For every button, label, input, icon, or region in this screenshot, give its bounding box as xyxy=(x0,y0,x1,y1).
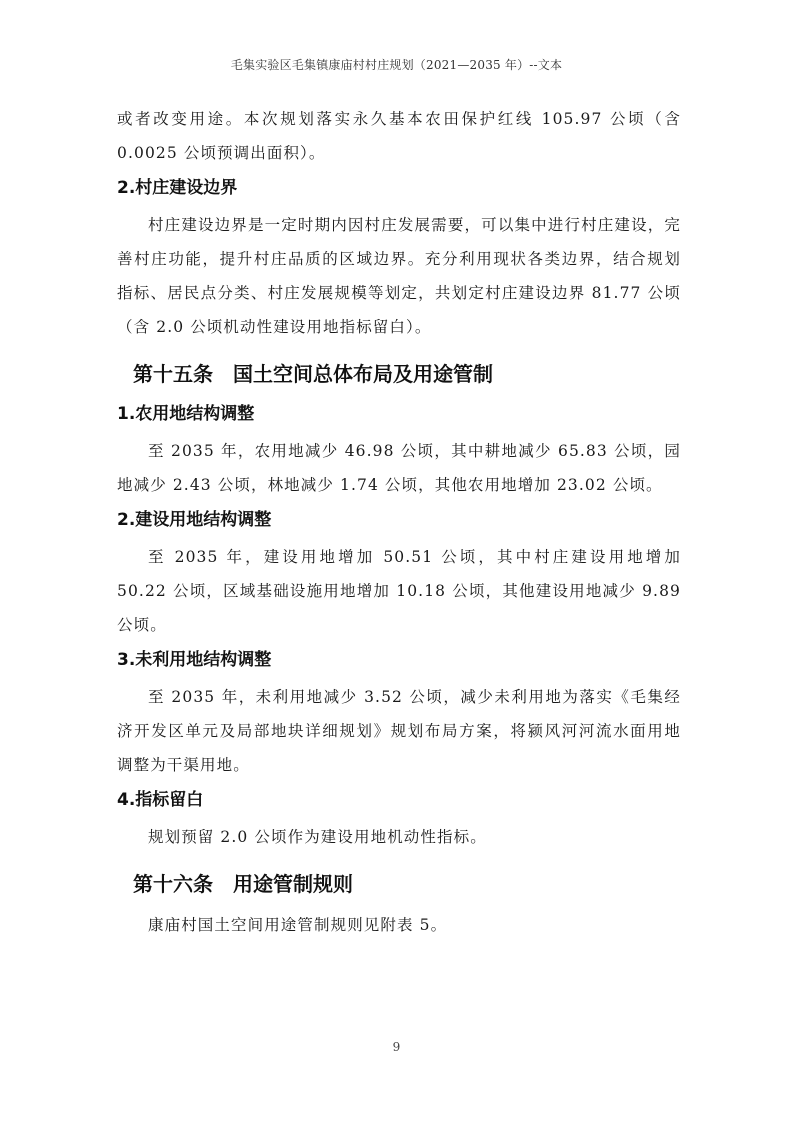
section-heading-construction-land: 2.建设用地结构调整 xyxy=(117,504,681,536)
paragraph-construction-land: 至 2035 年，建设用地增加 50.51 公顷，其中村庄建设用地增加 50.2… xyxy=(117,540,681,642)
document-body: 或者改变用途。本次规划落实永久基本农田保护红线 105.97 公顷（含 0.00… xyxy=(117,102,681,942)
page-header: 毛集实验区毛集镇康庙村村庄规划（2021—2035 年）--文本 xyxy=(0,56,793,73)
paragraph-use-control-rules: 康庙村国土空间用途管制规则见附表 5。 xyxy=(117,908,681,942)
section-heading-reserved-quota: 4.指标留白 xyxy=(117,784,681,816)
paragraph-reserved-quota: 规划预留 2.0 公顷作为建设用地机动性指标。 xyxy=(117,820,681,854)
article-heading-16: 第十六条 用途管制规则 xyxy=(133,864,681,904)
page-number: 9 xyxy=(0,1040,793,1054)
paragraph-village-boundary: 村庄建设边界是一定时期内因村庄发展需要，可以集中进行村庄建设，完善村庄功能，提升… xyxy=(117,208,681,344)
paragraph-unused-land: 至 2035 年，未利用地减少 3.52 公顷，减少未利用地为落实《毛集经济开发… xyxy=(117,680,681,782)
paragraph-continued: 或者改变用途。本次规划落实永久基本农田保护红线 105.97 公顷（含 0.00… xyxy=(117,102,681,170)
paragraph-agricultural-land: 至 2035 年，农用地减少 46.98 公顷，其中耕地减少 65.83 公顷，… xyxy=(117,434,681,502)
section-heading-agricultural-land: 1.农用地结构调整 xyxy=(117,398,681,430)
section-heading-unused-land: 3.未利用地结构调整 xyxy=(117,644,681,676)
section-heading-village-boundary: 2.村庄建设边界 xyxy=(117,172,681,204)
article-heading-15: 第十五条 国土空间总体布局及用途管制 xyxy=(133,354,681,394)
